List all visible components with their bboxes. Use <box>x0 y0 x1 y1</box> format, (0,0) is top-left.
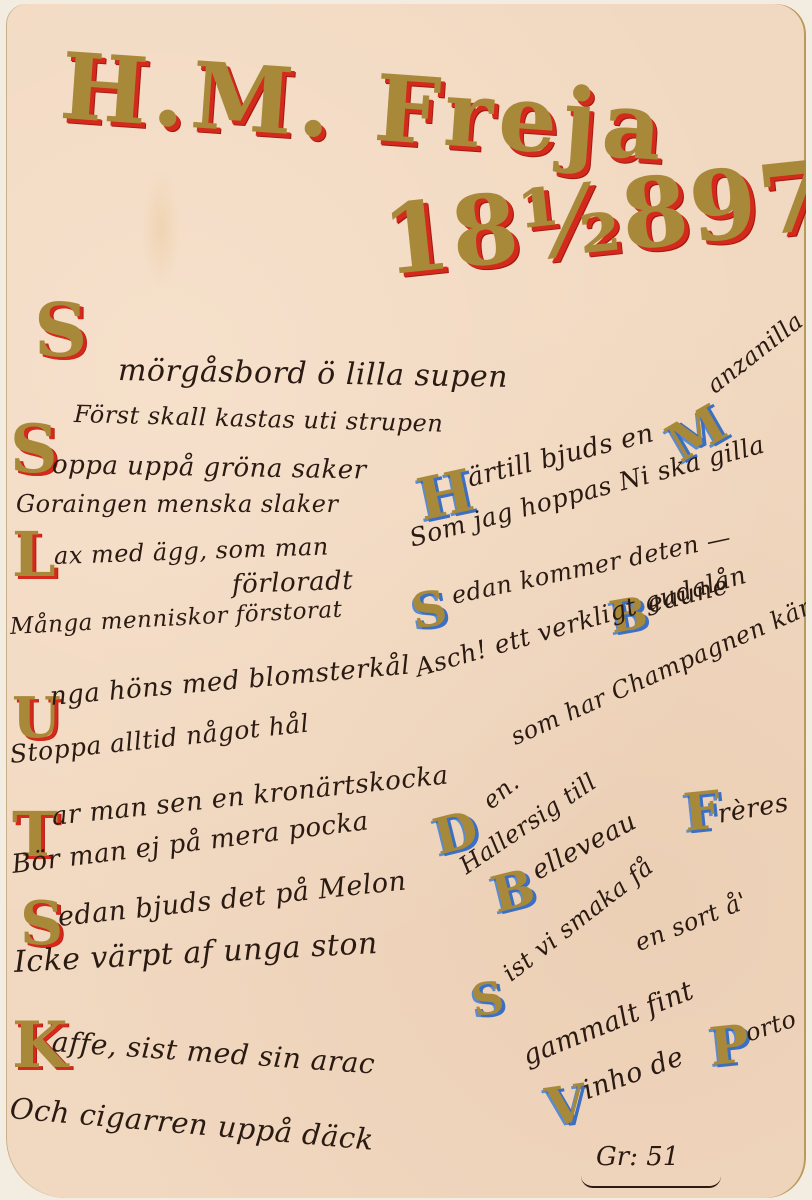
menu-card: H.M. Freja 18½897 S mörgåsbord ö lilla s… <box>6 4 806 1198</box>
initial-S-sedan-kommer: S <box>408 583 450 636</box>
line-en-sort: en sort å' <box>632 888 751 955</box>
line-manzanilla: anzanilla <box>703 308 806 397</box>
initial-S-smorgasbord: S <box>34 294 87 368</box>
title-ship-name: H.M. Freja <box>58 40 671 174</box>
line-cigarren: Och cigarren uppå däck <box>9 1094 375 1155</box>
line-porto: orto <box>742 1007 799 1046</box>
line-goraingen: Goraingen menska slaker <box>16 492 338 516</box>
line-soppa: oppa uppå gröna saker <box>52 452 367 483</box>
line-kaffe: affe, sist med sin arac <box>51 1028 376 1079</box>
line-icke-varpt: Icke värpt af unga ston <box>13 929 378 978</box>
title-date: 18½897 <box>378 147 806 289</box>
line-den: en. <box>478 770 523 813</box>
line-forloradt: förloradt <box>232 568 354 598</box>
initial-L-lax: L <box>12 524 56 586</box>
signature: Gr: 51 <box>596 1142 679 1172</box>
line-vinho-de: inho de <box>579 1043 687 1104</box>
initial-S-soppa: S <box>10 416 58 482</box>
line-unga-hons: nga höns med blomsterkål <box>49 653 411 710</box>
signature-flourish <box>581 1176 721 1188</box>
line-manga: Många menniskor förstorat <box>9 599 343 639</box>
line-freres: rères <box>716 790 791 828</box>
line-forst-skall: Först skall kastas uti strupen <box>74 402 444 436</box>
line-smorgasbord: mörgåsbord ö lilla supen <box>118 356 509 393</box>
line-lax: ax med ägg, som man <box>54 534 330 568</box>
initial-S-sist: S <box>468 976 507 1025</box>
paper-stain <box>141 169 181 289</box>
line-sedan-melon: edan bjuds det på Melon <box>57 867 408 930</box>
